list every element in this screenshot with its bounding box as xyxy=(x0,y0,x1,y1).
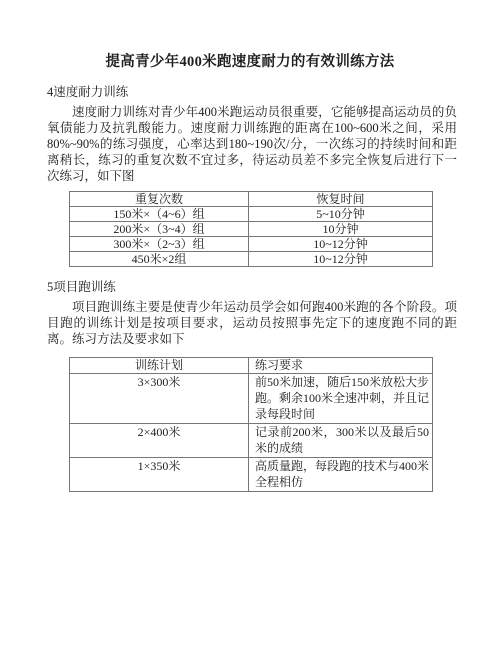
table-row: 200米×（3~4）组 10分钟 xyxy=(70,222,433,237)
table-row: 2×400米 记录前200米，300米以及最后50米的成绩 xyxy=(70,424,433,458)
cell-recovery-time: 5~10分钟 xyxy=(249,207,433,222)
cell-recovery-time: 10~12分钟 xyxy=(249,252,433,267)
cell-training-plan: 2×400米 xyxy=(70,424,249,458)
header-cell-practice-requirement: 练习要求 xyxy=(249,358,433,374)
section-paragraph-event-run: 项目跑训练主要是使青少年运动员学会如何跑400米跑的各个阶段。项目跑的训练计划是… xyxy=(47,299,457,347)
cell-repetitions: 200米×（3~4）组 xyxy=(70,222,249,237)
cell-repetitions: 150米×（4~6）组 xyxy=(70,207,249,222)
header-cell-repetitions: 重复次数 xyxy=(70,192,249,207)
header-cell-recovery-time: 恢复时间 xyxy=(249,192,433,207)
page-title: 提高青少年400米跑速度耐力的有效训练方法 xyxy=(0,53,500,72)
section-paragraph-speed-endurance: 速度耐力训练对青少年400米跑运动员很重要，它能够提高运动员的负氧债能力及抗乳酸… xyxy=(47,104,457,184)
cell-recovery-time: 10~12分钟 xyxy=(249,237,433,252)
recovery-time-table: 重复次数 恢复时间 150米×（4~6）组 5~10分钟 200米×（3~4）组… xyxy=(69,191,433,267)
cell-training-plan: 1×350米 xyxy=(70,458,249,492)
cell-repetitions: 450米×2组 xyxy=(70,252,249,267)
section-heading-event-run: 5项目跑训练 xyxy=(47,280,457,294)
training-plan-table: 训练计划 练习要求 3×300米 前50米加速，随后150米放松大步跑。剩余10… xyxy=(69,357,433,492)
cell-practice-requirement: 记录前200米，300米以及最后50米的成绩 xyxy=(249,424,433,458)
cell-training-plan: 3×300米 xyxy=(70,374,249,424)
header-cell-training-plan: 训练计划 xyxy=(70,358,249,374)
table-row: 1×350米 高质量跑，每段跑的技术与400米全程相仿 xyxy=(70,458,433,492)
table-row: 450米×2组 10~12分钟 xyxy=(70,252,433,267)
document-content: 4速度耐力训练 速度耐力训练对青少年400米跑运动员很重要，它能够提高运动员的负… xyxy=(0,85,500,492)
table-row: 300米×（2~3）组 10~12分钟 xyxy=(70,237,433,252)
cell-repetitions: 300米×（2~3）组 xyxy=(70,237,249,252)
table-row: 150米×（4~6）组 5~10分钟 xyxy=(70,207,433,222)
cell-recovery-time: 10分钟 xyxy=(249,222,433,237)
table-header-row: 训练计划 练习要求 xyxy=(70,358,433,374)
section-heading-speed-endurance: 4速度耐力训练 xyxy=(47,85,457,99)
document-page: 提高青少年400米跑速度耐力的有效训练方法 4速度耐力训练 速度耐力训练对青少年… xyxy=(0,0,500,647)
cell-practice-requirement: 前50米加速，随后150米放松大步跑。剩余100米全速冲刺，并且记录每段时间 xyxy=(249,374,433,424)
table-header-row: 重复次数 恢复时间 xyxy=(70,192,433,207)
cell-practice-requirement: 高质量跑，每段跑的技术与400米全程相仿 xyxy=(249,458,433,492)
table-row: 3×300米 前50米加速，随后150米放松大步跑。剩余100米全速冲刺，并且记… xyxy=(70,374,433,424)
